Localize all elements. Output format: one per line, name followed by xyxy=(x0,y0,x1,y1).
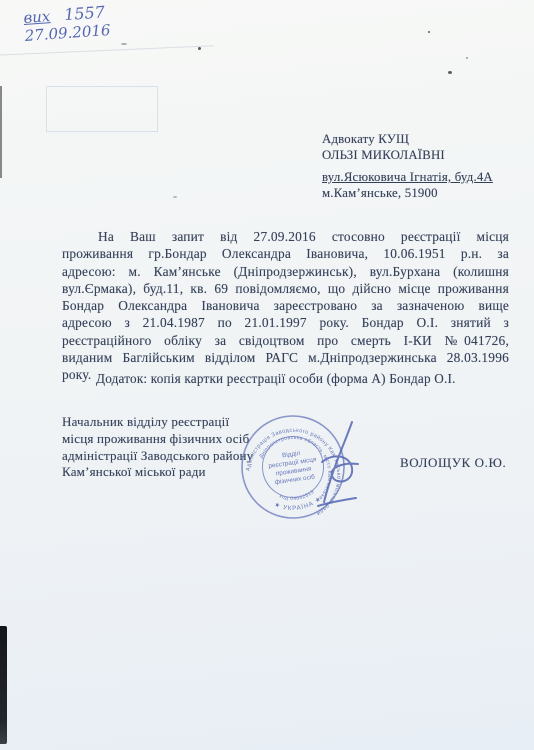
letter-body-paragraph: На Ваш запит від 27.09.2016 стосовно реє… xyxy=(62,228,509,384)
dust-speck xyxy=(448,71,452,74)
handwritten-registration-note: вих1557 27.09.2016 xyxy=(23,3,111,45)
pen-signature xyxy=(300,418,372,510)
scanned-letter-page: вих1557 27.09.2016 Адвокату КУЩ ОЛЬЗІ МИ… xyxy=(0,0,534,750)
scan-edge-shadow xyxy=(0,626,7,744)
recipient-street: вул.Ясюковича Ігнатія, буд.4А xyxy=(322,169,493,185)
recipient-city: м.Кам’янське, 51900 xyxy=(322,185,493,201)
scan-edge-sliver xyxy=(0,86,2,178)
outgoing-label: вих xyxy=(23,7,51,27)
officer-name: ВОЛОЩУК О.Ю. xyxy=(400,455,506,471)
dust-speck xyxy=(198,47,201,50)
dust-speck xyxy=(428,31,430,33)
dust-speck xyxy=(466,57,468,59)
recipient-block: Адвокату КУЩ ОЛЬЗІ МИКОЛАЇВНІ вул.Ясюков… xyxy=(322,131,493,201)
signature-stroke xyxy=(324,422,352,502)
dust-speck xyxy=(121,43,127,45)
recipient-title: Адвокату КУЩ xyxy=(322,131,493,147)
faded-stamp-box xyxy=(46,86,158,132)
dust-speck xyxy=(173,196,177,198)
attachment-line: Додаток: копія картки реєстрації особи (… xyxy=(96,371,456,387)
signature-stroke xyxy=(322,456,358,481)
recipient-name: ОЛЬЗІ МИКОЛАЇВНІ xyxy=(322,147,493,163)
scan-crease xyxy=(0,45,214,56)
